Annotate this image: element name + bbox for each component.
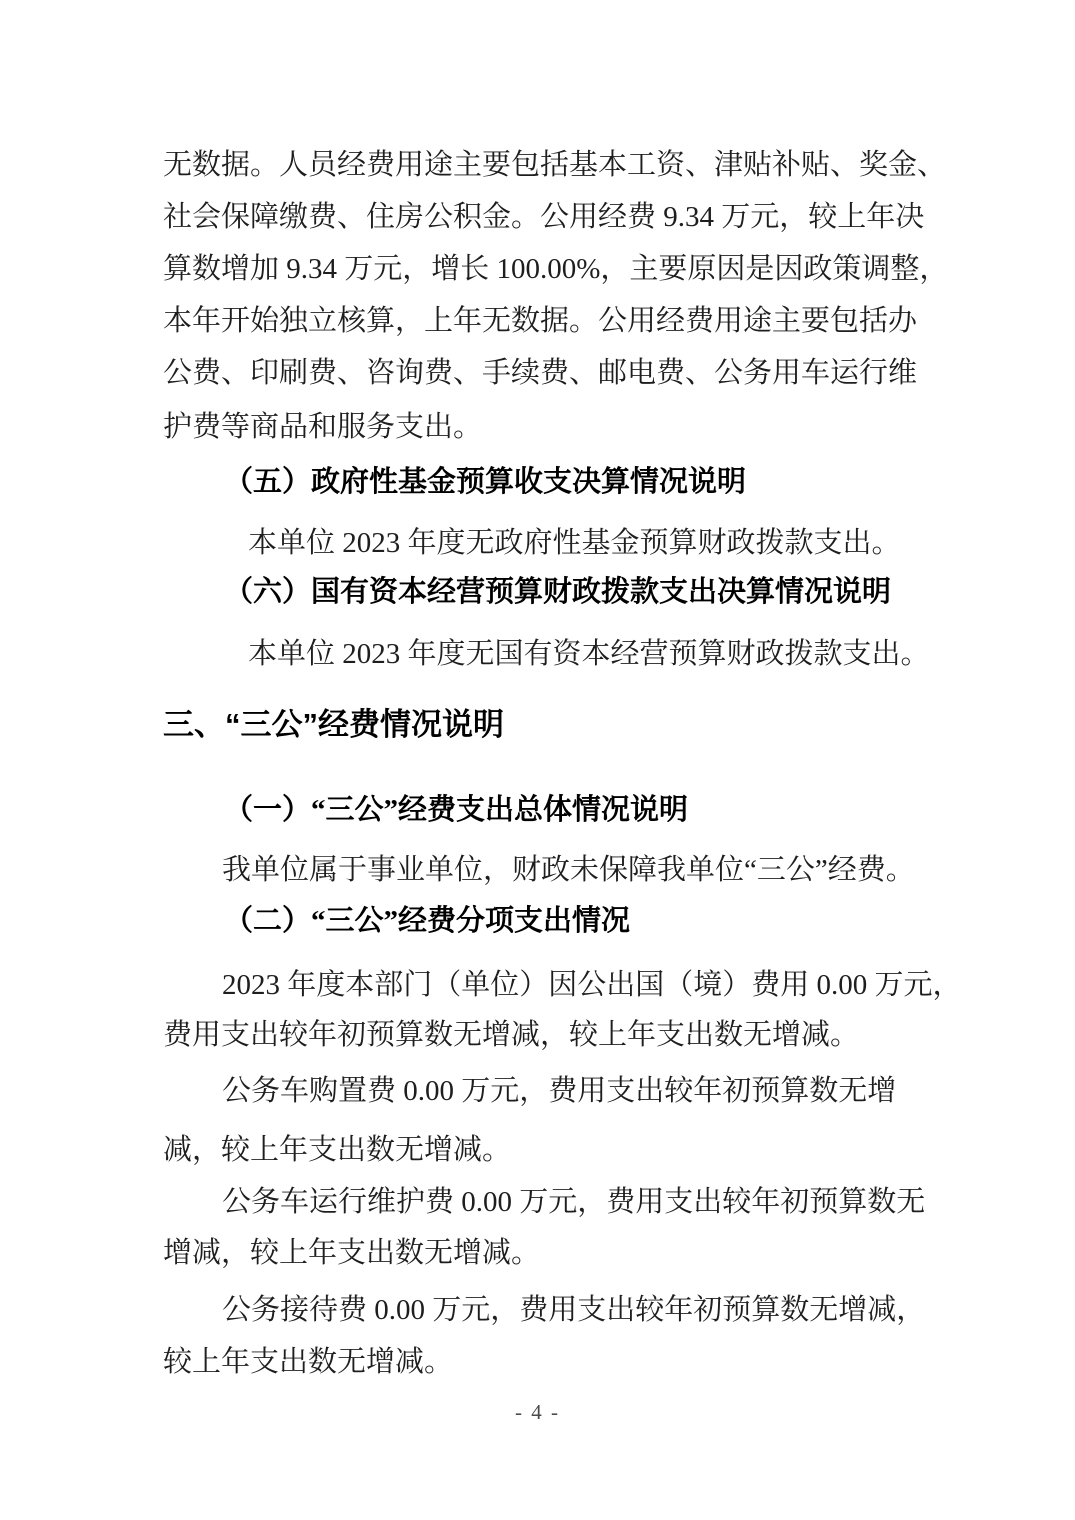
subheading-section-2: （二）“三公”经费分项支出情况 [224,901,630,941]
body-line: 费用支出较年初预算数无增减，较上年支出数无增减。 [163,1015,859,1055]
section-heading-three-publics: 三、“三公”经费情况说明 [163,703,504,747]
body-line: 本单位 2023 年度无国有资本经营预算财政拨款支出。 [248,634,930,674]
body-line: 算数增加 9.34 万元，增长 100.00%，主要原因是因政策调整， [163,249,948,289]
subheading-section-5: （五）政府性基金预算收支决算情况说明 [224,462,746,502]
page-number: - 4 - [0,1400,1075,1425]
body-line: 减，较上年支出数无增减。 [163,1130,511,1170]
body-line: 社会保障缴费、住房公积金。公用经费 9.34 万元，较上年决 [163,197,924,237]
subheading-section-1: （一）“三公”经费支出总体情况说明 [224,790,688,830]
body-line: 护费等商品和服务支出。 [163,407,482,447]
body-line: 本年开始独立核算，上年无数据。公用经费用途主要包括办 [163,301,917,341]
body-line: 公务车购置费 0.00 万元，费用支出较年初预算数无增 [222,1071,896,1111]
body-line: 公务车运行维护费 0.00 万元，费用支出较年初预算数无 [222,1182,925,1222]
body-line: 公务接待费 0.00 万元，费用支出较年初预算数无增减， [222,1290,925,1330]
subheading-section-6: （六）国有资本经营预算财政拨款支出决算情况说明 [224,572,891,612]
body-line: 本单位 2023 年度无政府性基金预算财政拨款支出。 [248,523,901,563]
body-line: 我单位属于事业单位，财政未保障我单位“三公”经费。 [222,850,915,890]
body-line: 增减，较上年支出数无增减。 [163,1233,540,1273]
document-page: 无数据。人员经费用途主要包括基本工资、津贴补贴、奖金、 社会保障缴费、住房公积金… [0,0,1075,1520]
body-line: 2023 年度本部门（单位）因公出国（境）费用 0.00 万元， [222,965,962,1005]
body-line: 公费、印刷费、咨询费、手续费、邮电费、公务用车运行维 [163,353,917,393]
body-line: 较上年支出数无增减。 [163,1342,453,1382]
body-line: 无数据。人员经费用途主要包括基本工资、津贴补贴、奖金、 [163,145,946,185]
